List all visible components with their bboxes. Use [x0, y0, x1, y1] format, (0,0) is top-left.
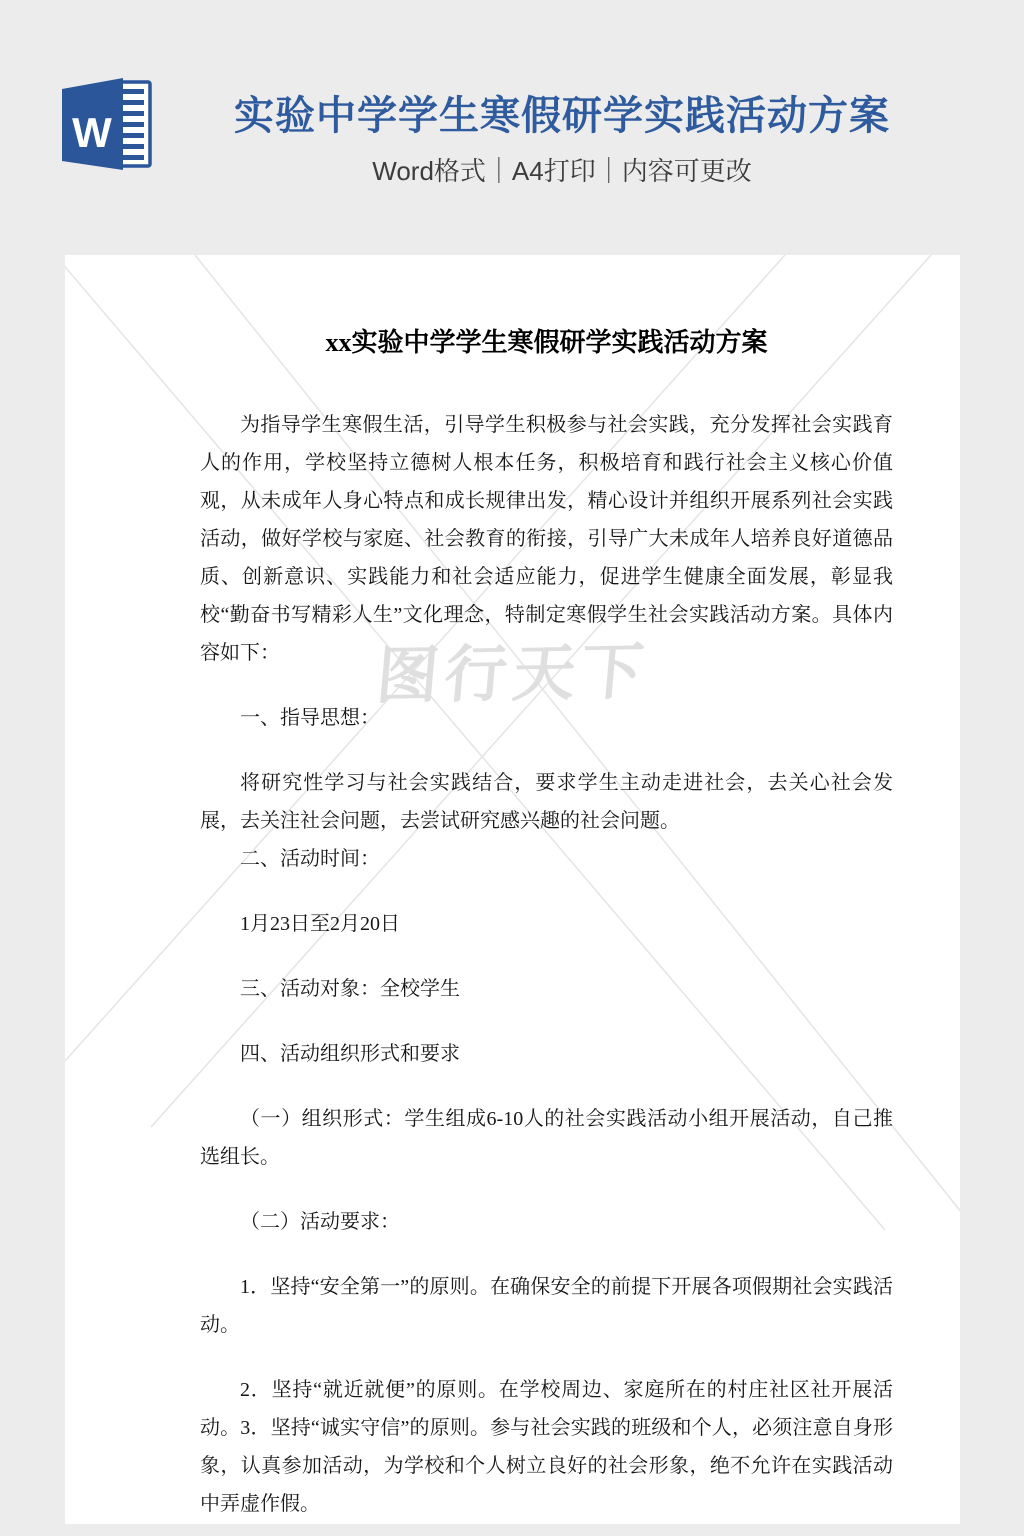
paragraph: （一）组织形式：学生组成6-10人的社会实践活动小组开展活动，自己推选组长。 — [200, 1100, 893, 1176]
paragraph: 1月23日至2月20日 — [200, 905, 893, 943]
paragraph: 三、活动对象：全校学生 — [200, 970, 893, 1008]
paragraph: 将研究性学习与社会实践结合，要求学生主动走进社会，去关心社会发展，去关注社会问题… — [200, 764, 893, 840]
paragraph: 四、活动组织形式和要求 — [200, 1035, 893, 1073]
document-title: xx实验中学学生寒假研学实践活动方案 — [200, 325, 893, 360]
page-title: 实验中学学生寒假研学实践活动方案 — [100, 92, 1024, 140]
document-content: xx实验中学学生寒假研学实践活动方案 为指导学生寒假生活，引导学生积极参与社会实… — [65, 255, 960, 1523]
paragraph: 1．坚持“安全第一”的原则。在确保安全的前提下开展各项假期社会实践活动。 — [200, 1268, 893, 1344]
header-text: 实验中学学生寒假研学实践活动方案 Word格式｜A4打印｜内容可更改 — [100, 92, 1024, 186]
paragraph: 2．坚持“就近就便”的原则。在学校周边、家庭所在的村庄社区社开展活动。3．坚持“… — [200, 1371, 893, 1523]
header: W 实验中学学生寒假研学实践活动方案 Word格式｜A4打印｜内容可更改 — [0, 0, 1024, 255]
paragraph: 一、指导思想： — [200, 699, 893, 737]
paragraph: （二）活动要求： — [200, 1203, 893, 1241]
document-preview-card: 图行天下 xx实验中学学生寒假研学实践活动方案 为指导学生寒假生活，引导学生积极… — [65, 255, 960, 1524]
document-body: 为指导学生寒假生活，引导学生积极参与社会实践，充分发挥社会实践育人的作用，学校坚… — [200, 406, 893, 1523]
paragraph: 二、活动时间： — [200, 840, 893, 878]
paragraph: 为指导学生寒假生活，引导学生积极参与社会实践，充分发挥社会实践育人的作用，学校坚… — [200, 406, 893, 672]
page-subtitle: Word格式｜A4打印｜内容可更改 — [100, 156, 1024, 186]
page: W 实验中学学生寒假研学实践活动方案 Word格式｜A4打印｜内容可更改 图行天… — [0, 0, 1024, 1536]
